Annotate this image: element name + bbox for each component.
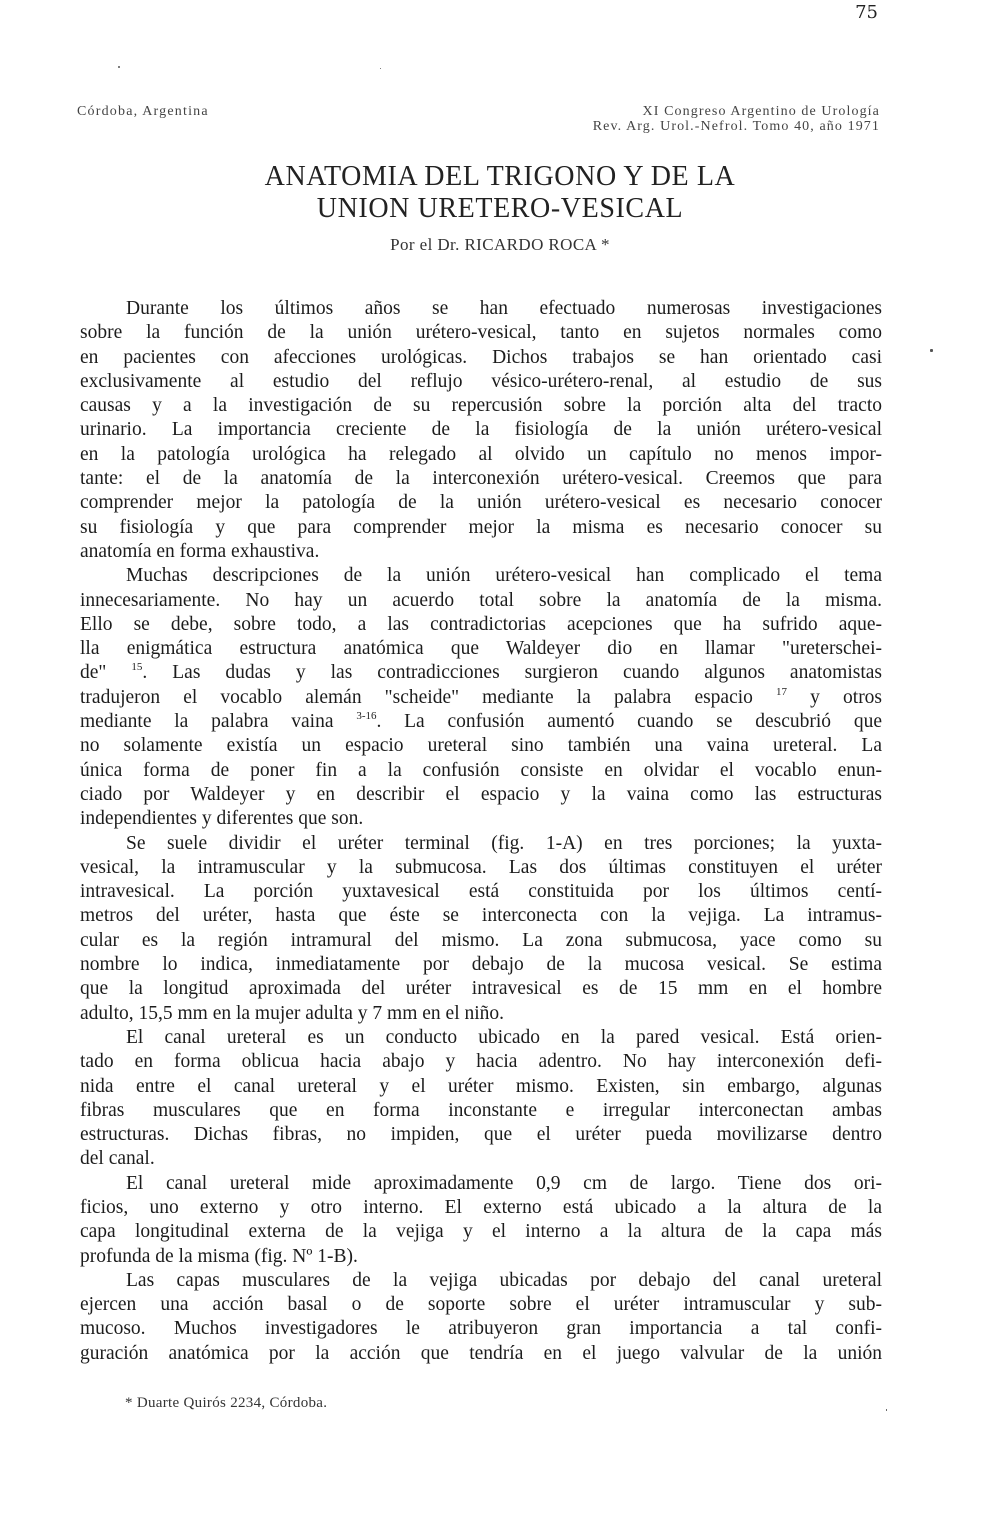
text-line: ciado por Waldeyer y en describir el esp… (80, 783, 882, 807)
line-text: exclusivamente al estudio del reflujo vé… (80, 371, 882, 392)
text-line: nombre lo indica, inmediatamente por deb… (80, 953, 882, 977)
line-text: vesical, la intramuscular y la submucosa… (80, 857, 882, 878)
line-text: su fisiología y que para comprender mejo… (80, 517, 882, 538)
line-text: . La confusión aumentó cuando se descubr… (376, 711, 882, 732)
line-text: y otros (787, 687, 882, 708)
text-line: su fisiología y que para comprender mejo… (80, 516, 882, 540)
citation-ref: 15 (131, 661, 142, 673)
text-line: exclusivamente al estudio del reflujo vé… (80, 370, 882, 394)
line-text: estructuras. Dichas fibras, no impiden, … (80, 1124, 882, 1145)
line-text: que la longitud aproximada del uréter in… (80, 978, 882, 999)
line-text: adulto, 15,5 mm en la mujer adulta y 7 m… (80, 1003, 504, 1024)
line-text: nombre lo indica, inmediatamente por deb… (80, 954, 882, 975)
line-text: Muchas descripciones de la unión urétero… (126, 565, 882, 586)
line-text: en pacientes con afecciones urológicas. … (80, 347, 882, 368)
scan-speck (886, 1409, 887, 1411)
text-line: causas y a la investigación de su reperc… (80, 394, 882, 418)
line-text: tante: el de la anatomía de la intercone… (80, 468, 882, 489)
text-line: de" 15. Las dudas y las contradicciones … (80, 661, 882, 685)
article-byline: Por el Dr. RICARDO ROCA * (150, 235, 850, 255)
text-line: mucoso. Muchos investigadores le atribuy… (80, 1317, 882, 1341)
text-line: única forma de poner fin a la confusión … (80, 759, 882, 783)
line-text: en la patología urológica ha relegado al… (80, 444, 882, 465)
line-text: anatomía en forma exhaustiva. (80, 541, 319, 562)
line-text: tado en forma oblicua hacia abajo y haci… (80, 1051, 882, 1072)
text-line: vesical, la intramuscular y la submucosa… (80, 856, 882, 880)
text-line: no solamente existía un espacio ureteral… (80, 734, 882, 758)
line-text: guración anatómica por la acción que ten… (80, 1343, 882, 1364)
line-text: lla enigmática estructura anatómica que … (80, 638, 882, 659)
scan-speck (930, 349, 933, 352)
title-line: ANATOMIA DEL TRIGONO Y DE LA (150, 161, 850, 193)
text-line: cular es la región intramural del mismo.… (80, 929, 882, 953)
line-text: tradujeron el vocablo alemán "scheide" m… (80, 687, 753, 708)
text-line: lla enigmática estructura anatómica que … (80, 637, 882, 661)
line-text: mucoso. Muchos investigadores le atribuy… (80, 1318, 882, 1339)
title-line: UNION URETERO-VESICAL (150, 193, 850, 225)
text-line: sobre la función de la unión urétero-ves… (80, 321, 882, 345)
text-line: urinario. La importancia creciente de la… (80, 418, 882, 442)
line-text: única forma de poner fin a la confusión … (80, 760, 882, 781)
line-text: El canal ureteral mide aproximadamente 0… (126, 1173, 882, 1194)
line-text: sobre la función de la unión urétero-ves… (80, 322, 882, 343)
line-text: independientes y diferentes que son. (80, 808, 363, 829)
text-line: tado en forma oblicua hacia abajo y haci… (80, 1050, 882, 1074)
line-text: ejercen una acción basal o de soporte so… (80, 1294, 882, 1315)
text-line: fibras musculares que en forma inconstan… (80, 1099, 882, 1123)
text-line: nida entre el canal ureteral y el uréter… (80, 1075, 882, 1099)
line-text: . Las dudas y las contradicciones surgie… (142, 662, 882, 683)
line-text: profunda de la misma (fig. Nº 1-B). (80, 1246, 358, 1267)
line-text: de" (80, 662, 106, 683)
line-text: nida entre el canal ureteral y el uréter… (80, 1076, 882, 1097)
line-text: no solamente existía un espacio ureteral… (80, 735, 882, 756)
header-congress: XI Congreso Argentino de Urología (500, 104, 880, 119)
text-line: Se suele dividir el uréter terminal (fig… (80, 832, 882, 856)
text-line: independientes y diferentes que son. (80, 807, 882, 831)
text-line: estructuras. Dichas fibras, no impiden, … (80, 1123, 882, 1147)
text-line: ejercen una acción basal o de soporte so… (80, 1293, 882, 1317)
line-text: comprender mejor la patología de la unió… (80, 492, 882, 513)
text-line: Las capas musculares de la vejiga ubicad… (80, 1269, 882, 1293)
text-line: mediante la palabra vaina 3-16. La confu… (80, 710, 882, 734)
line-text: cular es la región intramural del mismo.… (80, 930, 882, 951)
text-line: Durante los últimos años se han efectuad… (80, 297, 882, 321)
line-text: causas y a la investigación de su reperc… (80, 395, 882, 416)
line-text: Ello se debe, sobre todo, a las contradi… (80, 614, 882, 635)
text-line: El canal ureteral mide aproximadamente 0… (80, 1172, 882, 1196)
header-location: Córdoba, Argentina (77, 104, 209, 120)
line-text: Las capas musculares de la vejiga ubicad… (126, 1270, 882, 1291)
line-text: capa longitudinal externa de la vejiga y… (80, 1221, 882, 1242)
text-line: anatomía en forma exhaustiva. (80, 540, 882, 564)
line-text: fibras musculares que en forma inconstan… (80, 1100, 882, 1121)
line-text: del canal. (80, 1148, 155, 1169)
line-text: ficios, uno externo y otro interno. El e… (80, 1197, 882, 1218)
text-line: que la longitud aproximada del uréter in… (80, 977, 882, 1001)
line-text: mediante la palabra vaina (80, 711, 334, 732)
scan-speck (380, 68, 381, 69)
text-line: en la patología urológica ha relegado al… (80, 443, 882, 467)
text-line: Muchas descripciones de la unión urétero… (80, 564, 882, 588)
citation-ref: 17 (776, 686, 787, 698)
text-line: en pacientes con afecciones urológicas. … (80, 346, 882, 370)
scan-speck (118, 66, 120, 68)
header-journal: XI Congreso Argentino de Urología Rev. A… (500, 104, 880, 134)
text-line: capa longitudinal externa de la vejiga y… (80, 1220, 882, 1244)
line-text: ciado por Waldeyer y en describir el esp… (80, 784, 882, 805)
text-line: ficios, uno externo y otro interno. El e… (80, 1196, 882, 1220)
text-line: adulto, 15,5 mm en la mujer adulta y 7 m… (80, 1002, 882, 1026)
article-title: ANATOMIA DEL TRIGONO Y DE LA UNION URETE… (150, 161, 850, 225)
article-body: Durante los últimos años se han efectuad… (80, 297, 882, 1366)
header-citation: Rev. Arg. Urol.-Nefrol. Tomo 40, año 197… (500, 119, 880, 134)
text-line: profunda de la misma (fig. Nº 1-B). (80, 1245, 882, 1269)
text-line: tradujeron el vocablo alemán "scheide" m… (80, 686, 882, 710)
text-line: comprender mejor la patología de la unió… (80, 491, 882, 515)
text-line: tante: el de la anatomía de la intercone… (80, 467, 882, 491)
text-line: innecesariamente. No hay un acuerdo tota… (80, 589, 882, 613)
line-text: Durante los últimos años se han efectuad… (126, 298, 882, 319)
text-line: guración anatómica por la acción que ten… (80, 1342, 882, 1366)
text-line: Ello se debe, sobre todo, a las contradi… (80, 613, 882, 637)
line-text: metros del uréter, hasta que éste se int… (80, 905, 882, 926)
line-text: innecesariamente. No hay un acuerdo tota… (80, 590, 882, 611)
text-line: intravesical. La porción yuxtavesical es… (80, 880, 882, 904)
line-text: urinario. La importancia creciente de la… (80, 419, 882, 440)
text-line: metros del uréter, hasta que éste se int… (80, 904, 882, 928)
line-text: intravesical. La porción yuxtavesical es… (80, 881, 882, 902)
text-line: El canal ureteral es un conducto ubicado… (80, 1026, 882, 1050)
line-text: Se suele dividir el uréter terminal (fig… (126, 833, 882, 854)
text-line: del canal. (80, 1147, 882, 1171)
page-number: 75 (848, 2, 878, 23)
line-text: El canal ureteral es un conducto ubicado… (126, 1027, 882, 1048)
footnote: * Duarte Quirós 2234, Córdoba. (125, 1395, 327, 1412)
citation-ref: 3-16 (356, 710, 376, 722)
